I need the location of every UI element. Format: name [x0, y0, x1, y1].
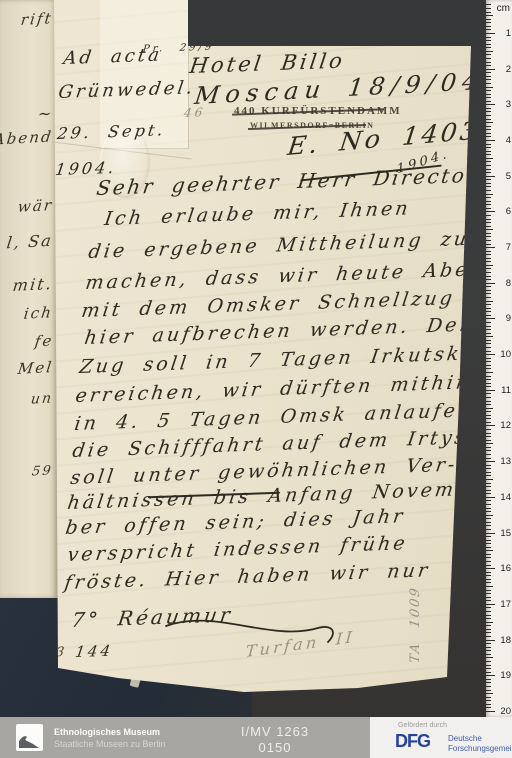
ruler-tick — [486, 197, 491, 198]
ruler-tick — [486, 425, 495, 426]
ruler-tick — [486, 97, 491, 98]
museum-subtitle: Staatliche Museen zu Berlin — [54, 739, 166, 749]
ruler-tick — [486, 572, 491, 573]
ruler-tick — [486, 183, 491, 184]
ruler-tick — [486, 322, 491, 323]
ruler-tick — [486, 144, 491, 145]
ruler-tick — [486, 433, 491, 434]
ruler-number: 10 — [496, 349, 511, 360]
ruler-tick — [486, 440, 491, 441]
ruler-tick — [486, 547, 491, 548]
ruler-tick — [486, 101, 491, 102]
ruler-tick — [486, 450, 491, 451]
ruler-number: 14 — [496, 492, 511, 503]
ruler-tick — [486, 475, 491, 476]
ruler-tick — [486, 533, 495, 534]
ruler-tick — [486, 222, 491, 223]
ruler-tick — [486, 194, 493, 195]
ruler-tick — [486, 226, 491, 227]
salutation: Sehr geehrter Herr Director, — [95, 163, 487, 200]
ruler-tick — [486, 190, 491, 191]
ruler-tick — [486, 490, 491, 491]
ruler-number: 4 — [496, 135, 511, 146]
ruler-tick — [486, 418, 491, 419]
ruler-tick — [486, 154, 491, 155]
handwriting-fragment: Abend — [0, 127, 54, 148]
ruler-tick — [486, 169, 491, 170]
ruler-tick — [486, 468, 491, 469]
ruler-tick — [486, 297, 491, 298]
ruler-tick — [486, 582, 491, 583]
ruler-tick — [486, 443, 493, 444]
ruler-number: 12 — [496, 420, 511, 431]
ruler-tick — [486, 401, 491, 402]
ruler-tick — [486, 122, 493, 123]
ruler-tick — [486, 172, 491, 173]
ruler-tick — [486, 72, 491, 73]
ruler-tick — [486, 368, 491, 369]
ruler-tick — [486, 597, 491, 598]
ruler-tick — [486, 411, 491, 412]
ruler-tick — [486, 65, 491, 66]
ruler-tick — [486, 108, 491, 109]
ruler-tick — [486, 361, 491, 362]
ruler-tick — [486, 204, 491, 205]
ruler-tick — [486, 215, 491, 216]
ruler-tick — [486, 415, 491, 416]
ruler-tick — [486, 336, 493, 337]
dfg-name-line1: Deutsche — [448, 734, 482, 743]
ruler-tick — [486, 554, 491, 555]
handwriting-fragment: mit. — [12, 274, 54, 295]
ruler-tick — [486, 550, 493, 551]
ruler-tick — [486, 286, 491, 287]
ruler-tick — [486, 640, 495, 641]
ruler-tick — [486, 129, 491, 130]
handwriting-fragment: ~ — [36, 104, 54, 124]
ruler-tick — [486, 518, 491, 519]
ruler-number: 16 — [496, 563, 511, 574]
ruler-tick — [486, 83, 491, 84]
ruler-tick — [486, 268, 491, 269]
handwriting-line: fröste. Hier haben wir nur — [63, 559, 432, 594]
ruler-tick — [486, 290, 491, 291]
ruler-tick — [486, 272, 491, 273]
ruler-tick — [486, 247, 495, 248]
ruler-tick — [486, 386, 491, 387]
page-number: 0150 — [195, 740, 355, 755]
ruler-tick — [486, 536, 491, 537]
ruler-tick — [486, 454, 491, 455]
ruler-tick — [486, 236, 491, 237]
ruler-tick — [486, 308, 491, 309]
ruler-tick — [486, 522, 491, 523]
ruler-tick — [486, 304, 491, 305]
ruler-tick — [486, 643, 491, 644]
ruler-tick — [486, 647, 491, 648]
ruler-tick — [486, 500, 491, 501]
ruler-tick — [486, 565, 491, 566]
handwriting-line: Ich erlaube mir, Ihnen — [103, 197, 412, 230]
ruler-tick — [486, 90, 491, 91]
ruler-tick — [486, 4, 491, 5]
ruler-tick — [486, 665, 491, 666]
dfg-logo: DFG — [395, 731, 430, 752]
dfg-name-line2: Forschungsgemeinschaft — [448, 744, 512, 753]
ruler-number: 2 — [496, 64, 511, 75]
ruler-tick — [486, 690, 491, 691]
ruler-number: 9 — [496, 313, 511, 324]
ruler-tick — [486, 343, 491, 344]
ruler-tick — [486, 707, 491, 708]
ruler-tick — [486, 497, 495, 498]
ruler-tick — [486, 711, 495, 712]
ruler-tick — [486, 354, 495, 355]
ruler-number: 8 — [496, 278, 511, 289]
ruler-tick — [486, 244, 491, 245]
ruler-number: 13 — [496, 456, 511, 467]
handwriting-fragment: Mel — [17, 358, 55, 378]
ruler-tick — [486, 29, 491, 30]
ruler-tick — [486, 340, 491, 341]
ruler-tick — [486, 472, 491, 473]
ruler-number: 7 — [496, 242, 511, 253]
ruler-tick — [486, 261, 491, 262]
ruler-tick — [486, 147, 491, 148]
ruler-tick — [486, 543, 491, 544]
ruler-tick — [486, 329, 491, 330]
ruler-tick — [486, 136, 491, 137]
handwriting-fragment: rift — [20, 9, 54, 29]
ruler-tick — [486, 69, 495, 70]
ruler-tick — [486, 686, 491, 687]
ruler-tick — [486, 293, 491, 294]
ruler-tick — [486, 393, 491, 394]
folio-number-144: 144 — [74, 642, 114, 661]
ruler-number: 19 — [496, 670, 511, 681]
ruler-tick — [486, 704, 491, 705]
ruler-number: 6 — [496, 206, 511, 217]
ruler-tick — [486, 251, 491, 252]
ruler-tick — [486, 12, 491, 13]
ruler-tick — [486, 525, 491, 526]
ruler-tick — [486, 607, 491, 608]
ruler-tick — [486, 372, 493, 373]
ruler-tick — [486, 693, 493, 694]
handwriting-fragment: 59 — [31, 463, 54, 479]
handwriting-fragment: wär — [17, 196, 54, 216]
date-line1: 29. Sept. — [56, 120, 167, 143]
ruler-tick — [486, 8, 491, 9]
ruler-tick — [486, 632, 491, 633]
ruler-tick — [486, 508, 491, 509]
ruler-tick — [486, 511, 491, 512]
ruler-tick — [486, 26, 491, 27]
handwriting-fragment: un — [30, 390, 54, 407]
ruler-tick — [486, 44, 491, 45]
ruler-tick — [486, 126, 491, 127]
ruler-tick — [486, 254, 491, 255]
ruler-tick — [486, 568, 495, 569]
ruler-tick — [486, 593, 491, 594]
ruler-tick — [486, 657, 493, 658]
ruler-tick — [486, 111, 491, 112]
ruler-tick — [486, 229, 493, 230]
ruler-tick — [486, 311, 491, 312]
ruler-tick — [486, 37, 491, 38]
ruler-tick — [486, 258, 491, 259]
ruler-tick — [486, 283, 495, 284]
letter-page: Ad acta Pr. 29/9 Grünwedel. 29. Sept. 19… — [0, 0, 488, 704]
ruler-tick — [486, 672, 491, 673]
ta-archive-number: TA 1009 — [408, 585, 423, 664]
ruler-tick — [486, 315, 491, 316]
ruler-tick — [486, 87, 493, 88]
ruler-tick — [486, 201, 491, 202]
ruler-tick — [486, 22, 491, 23]
ruler-number: 5 — [496, 171, 511, 182]
ruler-tick — [486, 504, 491, 505]
ruler-tick — [486, 19, 491, 20]
ruler-tick — [486, 486, 491, 487]
ruler-tick — [486, 265, 493, 266]
ruler-tick — [486, 629, 491, 630]
ruler-tick — [486, 600, 491, 601]
ruler-tick — [486, 654, 491, 655]
ruler-tick — [486, 575, 491, 576]
ruler-number: 18 — [496, 635, 511, 646]
ruler-tick — [486, 158, 493, 159]
ruler-tick — [486, 461, 495, 462]
ruler-tick — [486, 208, 491, 209]
ruler-tick — [486, 365, 491, 366]
ruler-tick — [486, 458, 491, 459]
ruler-tick — [486, 679, 491, 680]
ruler-tick — [486, 668, 491, 669]
ruler-tick — [486, 151, 491, 152]
ruler-tick — [486, 422, 491, 423]
ruler-tick — [486, 119, 491, 120]
ruler-tick — [486, 515, 493, 516]
ruler-tick — [486, 15, 493, 16]
ruler-number: 20 — [496, 706, 511, 717]
ruler-tick — [486, 697, 491, 698]
ruler-tick — [486, 76, 491, 77]
ruler-tick — [486, 429, 491, 430]
ruler-tick — [486, 615, 491, 616]
ruler-number: 17 — [496, 599, 511, 610]
previous-page-edge: rift~Abendwärl, Samit.ichfeMelun59 — [0, 0, 58, 598]
handwriting-line: die ergebene Mittheilung zu — [87, 228, 471, 263]
ruler-number: 3 — [496, 99, 511, 110]
ruler-tick — [486, 376, 491, 377]
handwriting-fragment: l, Sa — [6, 231, 55, 252]
museum-logo-icon — [16, 724, 43, 751]
ruler-tick — [486, 161, 491, 162]
ruler-tick — [486, 51, 493, 52]
ruler-tick — [486, 62, 491, 63]
ruler-tick — [486, 233, 491, 234]
ruler-tick — [486, 557, 491, 558]
ruler-tick — [486, 351, 491, 352]
ruler-tick — [486, 636, 491, 637]
ruler-number: 1 — [496, 28, 511, 39]
ruler-tick — [486, 479, 493, 480]
ruler-tick — [486, 379, 491, 380]
ruler-tick — [486, 186, 491, 187]
ruler-tick — [486, 165, 491, 166]
ruler-tick — [486, 179, 491, 180]
ruler-tick — [486, 483, 491, 484]
ruler-tick — [486, 326, 491, 327]
handwriting-fragment: fe — [33, 332, 54, 351]
ruler-tick — [486, 54, 491, 55]
ruler-tick — [486, 47, 491, 48]
ruler-tick — [486, 33, 495, 34]
ruler-tick — [486, 579, 491, 580]
ruler-tick — [486, 611, 491, 612]
ruler-tick — [486, 358, 491, 359]
museum-name: Ethnologisches Museum — [54, 727, 160, 737]
ruler-tick — [486, 383, 491, 384]
ruler-tick — [486, 465, 491, 466]
ruler-tick — [486, 682, 491, 683]
ruler-tick — [486, 279, 491, 280]
ruler-tick — [486, 104, 495, 105]
ruler-unit-label: cm — [497, 3, 510, 14]
funded-by-label: Gefördert durch — [398, 722, 447, 729]
ruler-tick — [486, 586, 493, 587]
ruler-tick — [486, 333, 491, 334]
ruler-tick — [486, 650, 491, 651]
ruler-tick — [486, 133, 491, 134]
hotel-name: Hotel Billo — [188, 49, 347, 78]
ruler-tick — [486, 276, 491, 277]
ruler-tick — [486, 436, 491, 437]
ruler-number: 15 — [496, 528, 511, 539]
ruler-tick — [486, 240, 491, 241]
ruler-tick — [486, 625, 491, 626]
ruler-tick — [486, 58, 491, 59]
ruler-tick — [486, 390, 495, 391]
ruler-tick — [486, 94, 491, 95]
handwriting-fragment: ich — [23, 303, 54, 322]
ruler-tick — [486, 529, 491, 530]
ruler-tick — [486, 675, 495, 676]
ruler-tick — [486, 590, 491, 591]
ruler-tick — [486, 347, 491, 348]
ruler-tick — [486, 408, 493, 409]
ruler-tick — [486, 561, 491, 562]
ruler-tick — [486, 397, 491, 398]
document-id: I/MV 1263 — [195, 724, 355, 739]
ruler-tick — [486, 404, 491, 405]
ruler-tick — [486, 219, 491, 220]
ruler-tick — [486, 622, 493, 623]
ruler-tick — [486, 493, 491, 494]
footer-bar: Ethnologisches Museum Staatliche Museen … — [0, 717, 512, 758]
ruler-tick — [486, 176, 495, 177]
ruler-tick — [486, 40, 491, 41]
ruler-tick — [486, 140, 495, 141]
ruler-tick — [486, 540, 491, 541]
ruler-tick — [486, 79, 491, 80]
ruler-tick — [486, 211, 495, 212]
ruler-tick — [486, 318, 495, 319]
ruler-tick — [486, 661, 491, 662]
ruler-tick — [486, 115, 491, 116]
cm-ruler: cm 1234567891011121314151617181920 — [486, 0, 512, 717]
ruler-tick — [486, 301, 493, 302]
ruler-tick — [486, 447, 491, 448]
ruler-tick — [486, 604, 495, 605]
ruler-number: 11 — [496, 385, 511, 396]
ruler-tick — [486, 618, 491, 619]
ruler-tick — [486, 700, 491, 701]
